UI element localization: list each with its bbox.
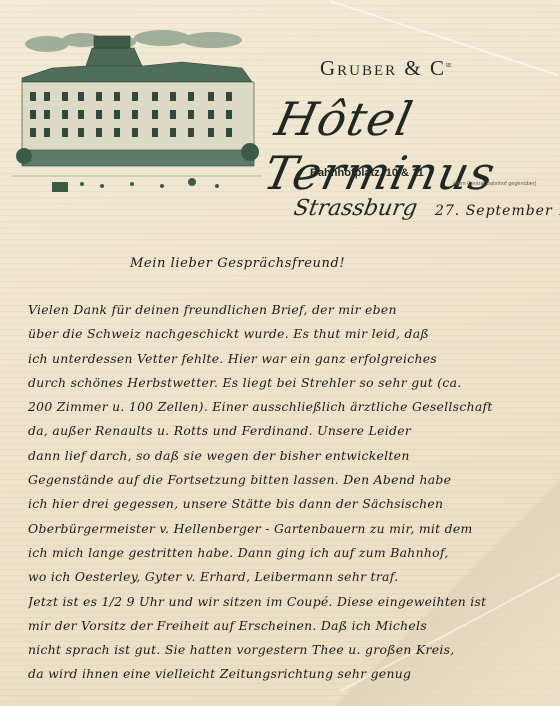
letter-line: wo ich Oesterley, Gyter v. Erhard, Leibe…: [28, 565, 552, 589]
letter-line: nicht sprach ist gut. Sie hatten vorgest…: [28, 638, 552, 662]
letter-line: durch schönes Herbstwetter. Es liegt bei…: [28, 371, 552, 395]
address-note: (dem Central Bahnhof gegenüber): [453, 181, 536, 187]
letter-date: 27. September 1902: [435, 203, 560, 219]
letter-line: Oberbürgermeister v. Hellenberger - Gart…: [28, 517, 552, 541]
letter-line: ich hier drei gegessen, unsere Stätte bi…: [28, 492, 552, 516]
hotel-engraving-illustration: [12, 26, 262, 206]
firm-name-text: Gruber & C: [320, 56, 446, 80]
firm-name-suffix: ie: [446, 59, 452, 69]
letter-place: Strassburg: [292, 196, 419, 221]
letter-line: da wird ihnen eine vielleicht Zeitungsri…: [28, 662, 552, 686]
hotel-address: Bahnhofplatz, 10 & 11: [310, 167, 424, 179]
letter-page: Gruber & Cie Hôtel Terminus Bahnhofplatz…: [0, 0, 560, 706]
letter-line: dann lief darch, so daß sie wegen der bi…: [28, 444, 552, 468]
letter-line: ich unterdessen Vetter fehlte. Hier war …: [28, 347, 552, 371]
letter-line: über die Schweiz nachgeschickt wurde. Es…: [28, 322, 552, 346]
letter-line: Jetzt ist es 1/2 9 Uhr und wir sitzen im…: [28, 590, 552, 614]
letter-line: Vielen Dank für deinen freundlichen Brie…: [28, 298, 552, 322]
place-and-date: Strassburg 27. September 1902: [294, 196, 560, 221]
letter-line: Gegenstände auf die Fortsetzung bitten l…: [28, 468, 552, 492]
letter-salutation: Mein lieber Gesprächsfreund!: [130, 256, 345, 271]
firm-name: Gruber & Cie: [320, 56, 452, 81]
letter-line: da, außer Renaults u. Rotts und Ferdinan…: [28, 419, 552, 443]
letter-line: ich mich lange gestritten habe. Dann gin…: [28, 541, 552, 565]
letter-line: mir der Vorsitz der Freiheit auf Erschei…: [28, 614, 552, 638]
letter-line: 200 Zimmer u. 100 Zellen). Einer ausschl…: [28, 395, 552, 419]
letter-body: Vielen Dank für deinen freundlichen Brie…: [28, 298, 552, 687]
